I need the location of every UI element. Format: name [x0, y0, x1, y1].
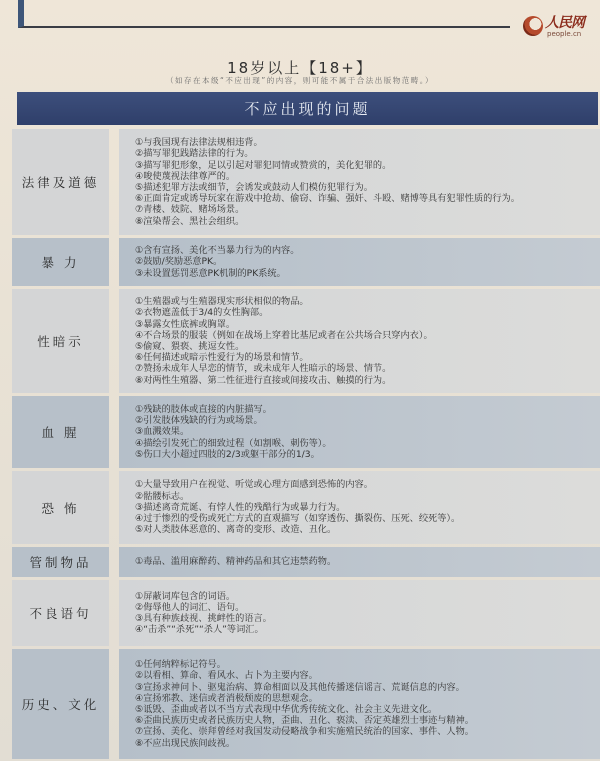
table-row-gore: 血 腥 ①残缺的肢体或直接的内脏描写。 ②引发肢体残缺的行为或场景。 ③血溅效果… [12, 396, 600, 468]
list-item: ⑧不应出现民族间歧视。 [135, 738, 586, 749]
list-item: ⑤对人类肢体恶意的、离奇的变形、改造、丑化。 [135, 524, 586, 535]
list-item: ④不合场景的服装（例如在战场上穿着比基尼或者在公共场合只穿内衣）。 [135, 330, 586, 341]
list-item: ⑥任何描述或暗示性爱行为的场景和情节。 [135, 352, 586, 363]
list-item: ②侮辱他人的词汇、语句。 [135, 602, 586, 613]
list-item: ⑦赞扬未成年人早恋的情节，或未成年人性暗示的场景、情节。 [135, 363, 586, 374]
list-item: ③描写罪犯形象，足以引起对罪犯同情或赞赏的，美化犯罪的。 [135, 160, 586, 171]
content-table: 法律及道德 ①与我国现有法律法规相违背。 ②描写罪犯践踏法律的行为。 ③描写罪犯… [12, 129, 600, 761]
table-row-law-morality: 法律及道德 ①与我国现有法律法规相违背。 ②描写罪犯践踏法律的行为。 ③描写罪犯… [12, 129, 600, 235]
list-item: ④描绘引发死亡的细致过程（如割喉、刺伤等）。 [135, 438, 586, 449]
category-items: ①大量导致用户在视觉、听觉或心理方面感到恐怖的内容。 ②骷髅标志。 ③描述离奇荒… [119, 471, 600, 544]
category-label: 法律及道德 [12, 129, 109, 235]
table-row-violence: 暴 力 ①含有宣扬、美化不当暴力行为的内容。 ②鼓励/奖励恶意PK。 ③未设置惩… [12, 238, 600, 286]
list-item: ⑤伤口大小超过四肢的2/3或躯干部分的1/3。 [135, 449, 586, 460]
list-item: ④“击杀”“杀死”“杀人”等词汇。 [135, 624, 586, 635]
list-item: ⑤偷窥、猥亵、挑逗女性。 [135, 341, 586, 352]
category-label: 管制物品 [12, 547, 109, 577]
list-item: ②骷髅标志。 [135, 491, 586, 502]
list-item: ⑤描述犯罪方法或细节，会诱发或鼓动人们模仿犯罪行为。 [135, 182, 586, 193]
list-item: ②描写罪犯践踏法律的行为。 [135, 148, 586, 159]
people-cn-logo: 人民网 people.cn [523, 12, 595, 42]
category-items: ①残缺的肢体或直接的内脏描写。 ②引发肢体残缺的行为或场景。 ③血溅效果。 ④描… [119, 396, 600, 468]
list-item: ⑧渲染帮会、黑社会组织。 [135, 216, 586, 227]
category-label: 血 腥 [12, 396, 109, 468]
table-header: 不应出现的问题 [17, 92, 598, 125]
list-item: ③描述离奇荒诞、有悖人性的残酷行为或暴力行为。 [135, 502, 586, 513]
list-item: ①残缺的肢体或直接的内脏描写。 [135, 404, 586, 415]
list-item: ①毒品、滥用麻醉药、精神药品和其它违禁药物。 [135, 556, 586, 567]
page-top-frame [18, 0, 510, 28]
list-item: ②衣物遮盖低于3/4的女性胸部。 [135, 307, 586, 318]
logo-name-cn: 人民网 [545, 12, 584, 32]
list-item: ③具有种族歧视、挑衅性的语言。 [135, 613, 586, 624]
category-label: 暴 力 [12, 238, 109, 286]
category-items: ①生殖器或与生殖器现实形状相似的物品。 ②衣物遮盖低于3/4的女性胸部。 ③暴露… [119, 289, 600, 393]
list-item: ①与我国现有法律法规相违背。 [135, 137, 586, 148]
list-item: ⑦青楼、妓院、赌场场景。 [135, 204, 586, 215]
category-label: 历史、文化 [12, 649, 109, 759]
list-item: ④唆使蔑视法律尊严的。 [135, 171, 586, 182]
category-items: ①任何纳粹标记符号。 ②以看相、算命、看风水、占卜为主要内容。 ③宣扬求神问卜、… [119, 649, 600, 759]
table-row-sexual-suggestion: 性暗示 ①生殖器或与生殖器现实形状相似的物品。 ②衣物遮盖低于3/4的女性胸部。… [12, 289, 600, 393]
list-item: ⑧对两性生殖器、第二性征进行直接或间接攻击、触摸的行为。 [135, 375, 586, 386]
category-items: ①毒品、滥用麻醉药、精神药品和其它违禁药物。 [119, 547, 600, 577]
list-item: ①生殖器或与生殖器现实形状相似的物品。 [135, 296, 586, 307]
list-item: ②鼓励/奖励恶意PK。 [135, 256, 586, 267]
list-item: ①含有宣扬、美化不当暴力行为的内容。 [135, 245, 586, 256]
list-item: ③未设置惩罚恶意PK机制的PK系统。 [135, 268, 586, 279]
category-label: 性暗示 [12, 289, 109, 393]
list-item: ③宣扬求神问卜、驱鬼治病、算命相面以及其他传播迷信谣言、荒诞信息的内容。 [135, 682, 586, 693]
page-subtitle: （如存在本级“不应出现”的内容，则可能不属于合法出版物范畴。） [0, 75, 600, 86]
list-item: ②引发肢体残缺的行为或场景。 [135, 415, 586, 426]
list-item: ⑦宣扬、美化、崇拜曾经对我国发动侵略战争和实施殖民统治的国家、事件、人物。 [135, 726, 586, 737]
list-item: ④宣扬邪教、迷信或者消极颓废的思想观念。 [135, 693, 586, 704]
logo-name-en: people.cn [547, 30, 581, 38]
list-item: ⑥正面肯定或诱导玩家在游戏中抢劫、偷窃、诈骗、强奸、斗殴、赌博等具有犯罪性质的行… [135, 193, 586, 204]
table-row-horror: 恐 怖 ①大量导致用户在视觉、听觉或心理方面感到恐怖的内容。 ②骷髅标志。 ③描… [12, 471, 600, 544]
list-item: ⑥歪曲民族历史或者民族历史人物，歪曲、丑化、亵渎、否定英雄烈士事迹与精神。 [135, 715, 586, 726]
table-row-bad-language: 不良语句 ①屏蔽词库包含的词语。 ②侮辱他人的词汇、语句。 ③具有种族歧视、挑衅… [12, 580, 600, 646]
list-item: ③暴露女性底裤或胸罩。 [135, 319, 586, 330]
list-item: ③血溅效果。 [135, 426, 586, 437]
category-items: ①含有宣扬、美化不当暴力行为的内容。 ②鼓励/奖励恶意PK。 ③未设置惩罚恶意P… [119, 238, 600, 286]
table-row-controlled-items: 管制物品 ①毒品、滥用麻醉药、精神药品和其它违禁药物。 [12, 547, 600, 577]
category-label: 恐 怖 [12, 471, 109, 544]
category-items: ①屏蔽词库包含的词语。 ②侮辱他人的词汇、语句。 ③具有种族歧视、挑衅性的语言。… [119, 580, 600, 646]
category-label: 不良语句 [12, 580, 109, 646]
list-item: ①大量导致用户在视觉、听觉或心理方面感到恐怖的内容。 [135, 479, 586, 490]
category-items: ①与我国现有法律法规相违背。 ②描写罪犯践踏法律的行为。 ③描写罪犯形象，足以引… [119, 129, 600, 235]
list-item: ⑤诋毁、歪曲或者以不当方式表现中华优秀传统文化、社会主义先进文化。 [135, 704, 586, 715]
logo-swirl-icon [523, 16, 543, 36]
list-item: ④过于惨烈的受伤或死亡方式的直观描写（如穿透伤、撕裂伤、压死、绞死等）。 [135, 513, 586, 524]
table-row-history-culture: 历史、文化 ①任何纳粹标记符号。 ②以看相、算命、看风水、占卜为主要内容。 ③宣… [12, 649, 600, 759]
list-item: ①任何纳粹标记符号。 [135, 659, 586, 670]
list-item: ②以看相、算命、看风水、占卜为主要内容。 [135, 670, 586, 681]
list-item: ①屏蔽词库包含的词语。 [135, 591, 586, 602]
